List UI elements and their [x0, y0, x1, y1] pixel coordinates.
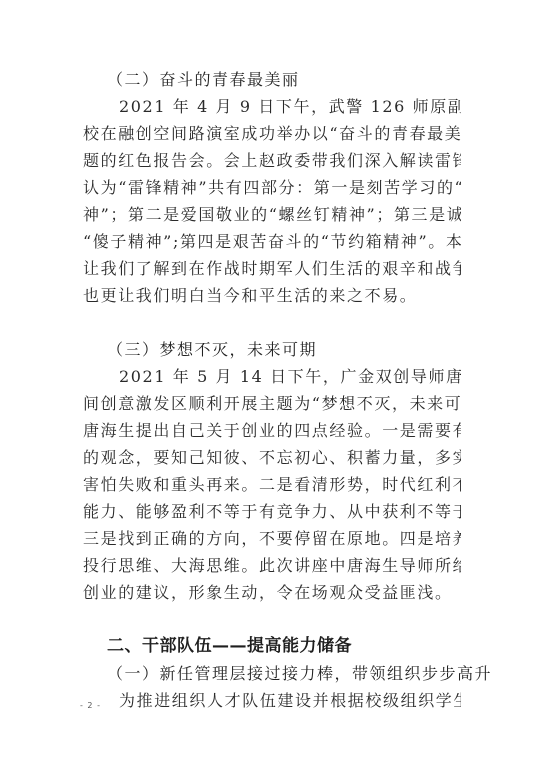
paragraph-line: 三是找到正确的方向，不要停留在原地。四是培养逆向思维、: [83, 525, 461, 552]
document-page: （二）奋斗的青春最美丽 2021 年 4 月 9 日下午，武警 126 师原副政…: [0, 0, 543, 768]
paragraph-line: 投行思维、大海思维。此次讲座中唐海生导师所给予的关于: [83, 552, 461, 579]
paragraph-line: 题的红色报告会。会上赵政委带我们深入解读雷锋精神，他: [83, 147, 461, 174]
page-number: - 2 -: [80, 701, 101, 710]
section-heading-2-2: （二）奋斗的青春最美丽: [83, 66, 461, 93]
paragraph-line: “傻子精神”;第四是艰苦奋斗的“节约箱精神”。本次报告会: [83, 228, 461, 255]
paragraph-line: 2021 年 4 月 9 日下午，武警 126 师原副政委赵燕清大: [83, 93, 461, 120]
paragraph-line: 创业的建议，形象生动，令在场观众受益匪浅。: [83, 579, 461, 606]
paragraph-line: 的观念，要知己知彼、不忘初心、积蓄力量，多实践，不要: [83, 444, 461, 471]
paragraph-line: 校在融创空间路演室成功举办以“奋斗的青春最美丽”为主: [83, 120, 461, 147]
section-spacer: [83, 309, 461, 336]
paragraph-line: 害怕失败和重头再来。二是看清形势，时代红利不等于个人: [83, 471, 461, 498]
section-heading-2-3: （三）梦想不灭，未来可期: [83, 336, 461, 363]
paragraph-line: 让我们了解到在作战时期军人们生活的艰辛和战争的危险，: [83, 255, 461, 282]
section-heading-chapter2-1: （一）新任管理层接过接力棒，带领组织步步高升: [83, 660, 461, 687]
section-spacer: [83, 606, 461, 633]
paragraph-line: 能力、能够盈利不等于有竞争力、从中获利不等于跨界发力。: [83, 498, 461, 525]
paragraph-line: 认为“雷锋精神”共有四部分：第一是刻苦学习的“钉子精: [83, 174, 461, 201]
paragraph-line: 2021 年 5 月 14 日下午，广金双创导师唐海生在融创空: [83, 363, 461, 390]
document-body: （二）奋斗的青春最美丽 2021 年 4 月 9 日下午，武警 126 师原副政…: [83, 66, 461, 714]
paragraph-line: 为推进组织人才队伍建设并根据校级组织学生干部换: [83, 687, 461, 714]
paragraph-line: 神”；第二是爱国敬业的“螺丝钉精神”；第三是诚信友善的: [83, 201, 461, 228]
paragraph-line: 唐海生提出自己关于创业的四点经验。一是需要有一个全局: [83, 417, 461, 444]
chapter-heading-2: 二、干部队伍——提高能力储备: [83, 633, 461, 660]
paragraph-line: 也更让我们明白当今和平生活的来之不易。: [83, 282, 461, 309]
paragraph-line: 间创意激发区顺利开展主题为“梦想不灭，未来可期”讲座。: [83, 390, 461, 417]
